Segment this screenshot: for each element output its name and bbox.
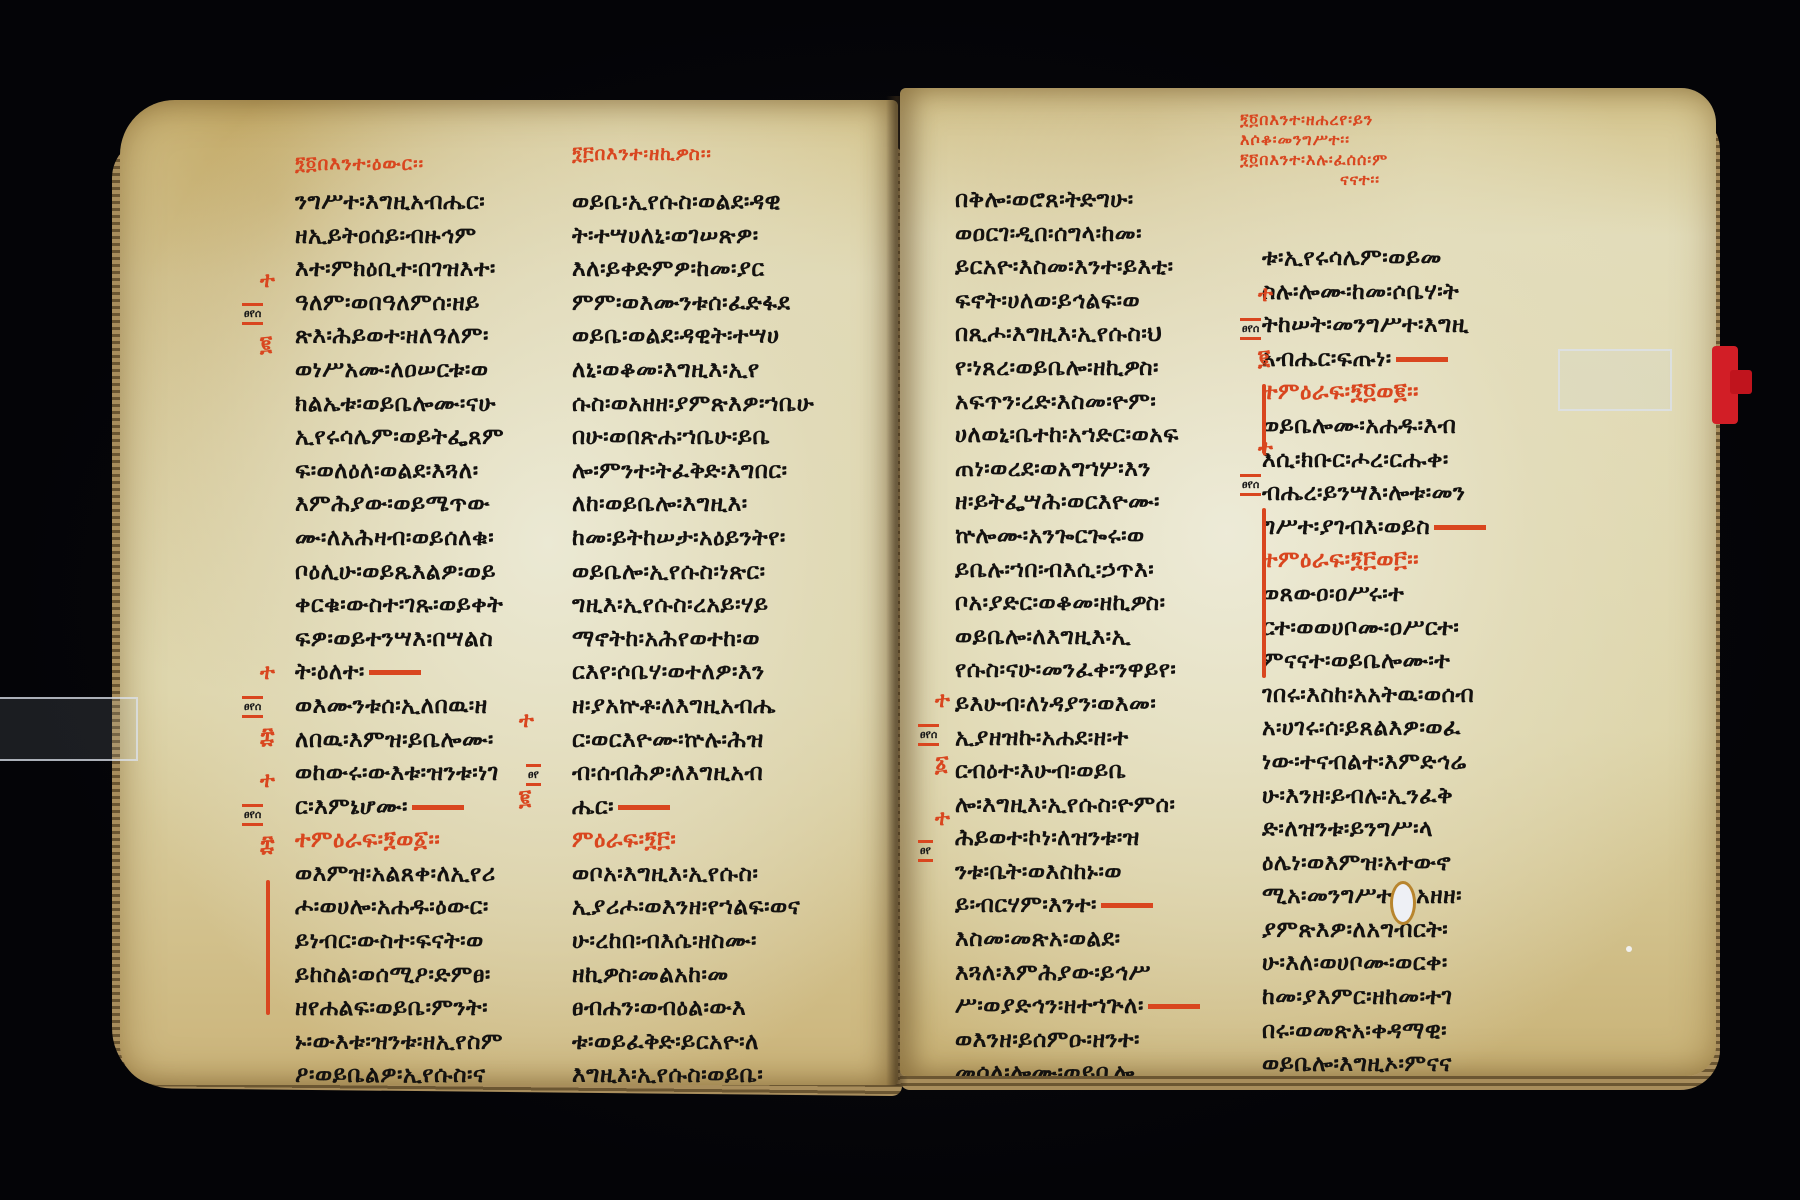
text-line: ፀብሐን፡ወብዕል፡ውእ xyxy=(572,992,872,1026)
text-line: ሁ፡እንዘ፡ይብሉ፡ኢንፈቅ xyxy=(1262,780,1562,814)
text-line: ለኒ፡ወቆመ፡እግዚእ፡ኢየ xyxy=(572,354,872,388)
text-line: ትከሠት፡መንግሥተ፡እግዚ xyxy=(1262,309,1562,343)
margin-cross-mark: ተ xyxy=(935,688,950,713)
text-line: እምሕያው፡ወይሜጥው xyxy=(295,488,565,522)
text-line: ርእየ፡ሶቤሃ፡ወተለዎ፡እን xyxy=(572,656,872,690)
margin-cross-mark: ተ xyxy=(260,660,275,685)
margin-reference-note: ፀየሰ xyxy=(242,804,263,826)
text-line: ዘ፡ያአኵቶ፡ለእግዚአብሔ xyxy=(572,690,872,724)
text-line: ር፡ወርእዮሙ፡ኵሉ፡ሕዝ xyxy=(572,724,872,758)
text-line: ሖ፡ወሀሎ፡አሐዱ፡ዕውር፡ xyxy=(295,891,565,925)
text-line: ሙ፡ለአሕዛብ፡ወይሰለቁ፡ xyxy=(295,522,565,556)
text-line: ርተ፡ወወሀቦሙ፡ዐሥርተ፡ xyxy=(1262,612,1562,646)
text-line: ቦዕሊሁ፡ወይጼእልዎ፡ወይ xyxy=(295,556,565,590)
rubric-divider xyxy=(1148,1004,1200,1009)
margin-reference-note: ፀየ xyxy=(526,764,541,786)
text-line: ጠነ፡ወረደ፡ወአግኀሦ፡እን xyxy=(955,453,1255,487)
text-line: ወይቤሎ፡ለእግዚእ፡ኢ xyxy=(955,621,1255,655)
text-line: ወይቤ፡ወልደ፡ዳዊት፡ተሣሀ xyxy=(572,320,872,354)
left-page-column-1: ፺፬በእንተ፡ዕውር፡፡ ንግሥተ፡እግዚአብሔር፡ ዘኢይትዐሰይ፡ብዙኅም … xyxy=(295,152,565,1085)
text-line: ወዐርገ፡ዲበ፡ሰግላ፡ከመ፡ xyxy=(955,218,1255,252)
text-line: ዓለም፡ወበዓለምሰ፡ዘይ xyxy=(295,287,565,321)
text-line: ወእንዘ፡ይሰምዑ፡ዘንተ፡ xyxy=(955,1024,1255,1058)
text-line: ቦአ፡ያድር፡ወቆመ፡ዘኪዎስ፡ xyxy=(955,587,1255,621)
right-page-column-2: ቱ፡ኢየሩሳሌም፡ወይመ ስሉ፡ሎሙ፡ከመ፡ሶቤሃ፡ት ትከሠት፡መንግሥተ፡እ… xyxy=(1262,184,1562,1076)
text-line: ይእሁብ፡ለነዳያን፡ወእመ፡ xyxy=(955,688,1255,722)
text-line: ሁ፡እለ፡ወሀቦሙ፡ወርቀ፡ xyxy=(1262,947,1562,981)
text-line: ይነብር፡ውስተ፡ፍናት፡ወ xyxy=(295,925,565,959)
text-line: ት፡ተሣሀለኒ፡ወገሠጽዎ፡ xyxy=(572,220,872,254)
text-line: ዘ፡ይትፌሣሕ፡ወርእዮሙ፡ xyxy=(955,486,1255,520)
text-line: እጓለ፡እምሕያው፡ይኅሥ xyxy=(955,957,1255,991)
text-line: ሎ፡ምንተ፡ትፈቅድ፡እግበር፡ xyxy=(572,455,872,489)
text-line: ኵሎሙ፡አንጐርጐሩ፡ወ xyxy=(955,520,1255,554)
text-line: ወይቤሎ፡እግዚኦ፡ምናና xyxy=(1262,1048,1562,1076)
text-line: ይ፡ብርሃም፡እንተ፡ xyxy=(955,889,1255,923)
margin-reference-note: ፀየሰ xyxy=(1240,474,1261,496)
text-line: ለከ፡ወይቤሎ፡እግዚእ፡ xyxy=(572,488,872,522)
chapter-rubric: ተምዕራፍ፡፺፬ወ፪፡፡ xyxy=(1262,376,1562,410)
rubric-divider xyxy=(369,670,421,675)
text-line: ፍዎ፡ወይተንሣእ፡በሣልስ xyxy=(295,623,565,657)
text-line: ሕይወተ፡ኮነ፡ለዝንቱ፡ዝ xyxy=(955,822,1255,856)
left-page-column-2: ፺፫በእንተ፡ዘኪዎስ፡፡ ወይቤ፡ኢየሱስ፡ወልደ፡ዳዊ ት፡ተሣሀለኒ፡ወገ… xyxy=(572,142,872,1085)
text-line: ግዚእ፡ኢየሱስ፡ረአይ፡ሃይ xyxy=(572,589,872,623)
text-line: ቱ፡ወይፈቅድ፡ይርአዮ፡ለ xyxy=(572,1026,872,1060)
margin-cross-mark: ተ xyxy=(1258,282,1273,307)
text-line: ወቦአ፡እግዚእ፡ኢየሱስ፡ xyxy=(572,858,872,892)
top-note-line: እሶቆ፡መንግሥተ፡፡ xyxy=(1240,130,1450,150)
text-line: ንግሥተ፡እግዚአብሔር፡ xyxy=(295,186,565,220)
text-line: ሥ፡ወያድኅን፡ዘተኀጕለ፡ xyxy=(955,990,1255,1024)
text-line: ይቤሉ፡ኀበ፡ብእሲ፡ኃጥእ፡ xyxy=(955,554,1255,588)
rubric-divider xyxy=(618,805,670,810)
text-line: ዖ፡ወይቤልዎ፡ኢየሱስ፡ና xyxy=(295,1059,565,1085)
top-note-line: ፺፬በእንተ፡ዘሐረየ፡ይን xyxy=(1240,110,1450,130)
text-line: አብሔር፡ፍጡነ፡ xyxy=(1262,343,1562,377)
text-line: ስሉ፡ሎሙ፡ከመ፡ሶቤሃ፡ት xyxy=(1262,276,1562,310)
margin-cross-mark: ተ xyxy=(935,806,950,831)
rubric-divider xyxy=(1101,903,1153,908)
text-line: እለ፡ይቀድምዎ፡ከመ፡ያር xyxy=(572,253,872,287)
text-line: በሩ፡ወመጽአ፡ቀዳማዊ፡ xyxy=(1262,1015,1562,1049)
margin-number-mark: ፩ xyxy=(935,752,949,777)
text-line: የ፡ነጸረ፡ወይቤሎ፡ዘኪዎስ፡ xyxy=(955,352,1255,386)
text-line: ያምጽእዎ፡ለአግብርት፡ xyxy=(1262,914,1562,948)
text-line: ርብዕተ፡እሁብ፡ወይቤ xyxy=(955,755,1255,789)
text-line: ንቱ፡ቤት፡ወእስከኑ፡ወ xyxy=(955,856,1255,890)
text-line: ድ፡ለዝንቱ፡ይንግሥ፡ላ xyxy=(1262,813,1562,847)
text-line: ሁ፡ረከበ፡ብእሴ፡ዘስሙ፡ xyxy=(572,925,872,959)
text-line: ብሔረ፡ይንሣእ፡ሎቱ፡መን xyxy=(1262,477,1562,511)
text-line: ት፡ዕለተ፡ xyxy=(295,656,565,690)
right-page-column-1: በቅሎ፡ወሮጸ፡ትድግሁ፡ ወዐርገ፡ዲበ፡ሰግላ፡ከመ፡ ይርአዮ፡እስመ፡እ… xyxy=(955,184,1255,1076)
text-line: ሎ፡እግዚእ፡ኢየሱስ፡ዮምሰ፡ xyxy=(955,789,1255,823)
text-line: አ፡ሀገሩ፡ሰ፡ይጸልእዎ፡ወፈ xyxy=(1262,712,1562,746)
text-line: ፍ፡ወለዕለ፡ወልደ፡እጓለ፡ xyxy=(295,455,565,489)
text-line: ከመ፡ያእምር፡ዘከመ፡ተገ xyxy=(1262,981,1562,1015)
text-line: ይርአዮ፡እስመ፡እንተ፡ይእቲ፡ xyxy=(955,251,1255,285)
rubric-divider xyxy=(1434,525,1486,530)
text-line: ግሥተ፡ያገብእ፡ወይስ xyxy=(1262,511,1562,545)
parchment-hole xyxy=(1393,884,1413,922)
text-line: በጺሖ፡እግዚእ፡ኢየሱስ፡ህ xyxy=(955,318,1255,352)
text-line: ኑ፡ውእቱ፡ዝንቱ፡ዘኢየስም xyxy=(295,1026,565,1060)
text-line: እሲ፡ክቡር፡ሖረ፡ርሑቀ፡ xyxy=(1262,444,1562,478)
text-line: ወእምዝ፡አልጸቀ፡ለኢየሪ xyxy=(295,858,565,892)
text-line: ከመ፡ይትከሠታ፡አዕይንትየ፡ xyxy=(572,522,872,556)
text-line: ቱ፡ኢየሩሳሌም፡ወይመ xyxy=(1262,242,1562,276)
text-line: ሱስ፡ወአዘዘ፡ያምጽእዎ፡ኀቤሁ xyxy=(572,388,872,422)
text-line: ቀርቁ፡ውስተ፡ገጹ፡ወይቀት xyxy=(295,589,565,623)
text-line: እስመ፡መጽአ፡ወልደ፡ xyxy=(955,923,1255,957)
column-heading: ፺፬በእንተ፡ዕውር፡፡ xyxy=(295,152,565,176)
text-line: ዘኪዎስ፡መልአከ፡መ xyxy=(572,959,872,993)
text-line: ምናናተ፡ወይቤሎሙ፡ተ xyxy=(1262,645,1562,679)
parchment-pinhole xyxy=(1626,946,1632,952)
text-line: ገበሩ፡እስከ፡አአትዉ፡ወሰብ xyxy=(1262,679,1562,713)
margin-reference-note: ፀየሰ xyxy=(242,696,263,718)
text-line: አፍጥን፡ረድ፡እስመ፡ዮም፡ xyxy=(955,386,1255,420)
margin-number-mark: ፰ xyxy=(260,724,274,749)
text-line: ፍኖት፡ሀለወ፡ይኅልፍ፡ወ xyxy=(955,285,1255,319)
text-line: ክልኤቱ፡ወይቤሎሙ፡ናሁ xyxy=(295,388,565,422)
margin-ornament-stem xyxy=(266,880,270,1015)
margin-reference-note: ፀየሰ xyxy=(918,724,939,746)
red-clip xyxy=(1712,346,1738,424)
text-line: ምም፡ወእሙንቱሰ፡ፈድፋደ xyxy=(572,287,872,321)
text-line: ወይቤ፡ኢየሱስ፡ወልደ፡ዳዊ xyxy=(572,186,872,220)
text-line: እተ፡ምክዕቢተ፡በገዝእተ፡ xyxy=(295,253,565,287)
text-line: ኢያዘዝኩ፡አሐደ፡ዘ፡ተ xyxy=(955,722,1255,756)
text-line: ዘየሐልፍ፡ወይቤ፡ምንት፡ xyxy=(295,992,565,1026)
chapter-rubric: ተምዕራፍ፡፺፫ወ፫፡፡ xyxy=(1262,544,1562,578)
text-line: ብ፡ሰብሕዎ፡ለእግዚአብ xyxy=(572,757,872,791)
text-line: ይከስል፡ወሰሚዖ፡ድምፀ፡ xyxy=(295,959,565,993)
margin-cross-mark: ተ xyxy=(260,268,275,293)
margin-number-mark: ፰ xyxy=(260,832,274,857)
text-line: ኢያሪሖ፡ወእንዘ፡የኀልፍ፡ወና xyxy=(572,891,872,925)
text-line: በቅሎ፡ወሮጸ፡ትድግሁ፡ xyxy=(955,184,1255,218)
rubric-divider xyxy=(412,805,464,810)
right-page-top-note: ፺፬በእንተ፡ዘሐረየ፡ይን እሶቆ፡መንግሥተ፡፡ ፺፬በእንተ፡እሉ፡ፈሰሰ… xyxy=(1240,110,1450,190)
text-line: ዕሌነ፡ወእምዝ፡አተውኖ xyxy=(1262,847,1562,881)
text-line: ማኖትከ፡አሕየወተከ፡ወ xyxy=(572,623,872,657)
text-line: ወይቤሎሙ፡አሐዱ፡እብ xyxy=(1262,410,1562,444)
text-line: ወይቤሎ፡ኢየሱስ፡ነጽር፡ xyxy=(572,556,872,590)
margin-number-mark: ፪ xyxy=(1258,346,1270,371)
text-line: ኢየሩሳሌም፡ወይትፌጸም xyxy=(295,421,565,455)
margin-reference-note: ፀየሰ xyxy=(1240,318,1261,340)
margin-number-mark: ፪ xyxy=(519,786,531,811)
text-line: ነው፡ተናብልተ፡እምድኅሬ xyxy=(1262,746,1562,780)
rubric-divider xyxy=(1396,357,1448,362)
text-line: መሰለ፡ሎሙ፡ወይቤሎ xyxy=(955,1057,1255,1076)
text-line: እግዚእ፡ኢየሱስ፡ወይቤ፡ xyxy=(572,1059,872,1085)
column-heading: ፺፫በእንተ፡ዘኪዎስ፡፡ xyxy=(572,142,872,166)
top-note-line: ፺፬በእንተ፡እሉ፡ፈሰሰ፡ም xyxy=(1240,150,1450,170)
margin-ornament-stem xyxy=(1262,508,1266,678)
chapter-rubric: ተምዕራፍ፡፺ወ፩፡፡ xyxy=(295,824,565,858)
text-line: ወጸውዐ፡ዐሥሩ፡ተ xyxy=(1262,578,1562,612)
right-page-marker-clip xyxy=(1558,349,1672,411)
margin-number-mark: ፪ xyxy=(260,332,272,357)
right-page: ፺፬በእንተ፡ዘሐረየ፡ይን እሶቆ፡መንግሥተ፡፡ ፺፬በእንተ፡እሉ፡ፈሰሰ… xyxy=(900,88,1716,1076)
left-page-marker-clip xyxy=(0,697,138,761)
margin-cross-mark: ተ xyxy=(1258,436,1273,461)
text-line: ዘኢይትዐሰይ፡ብዙኅም xyxy=(295,220,565,254)
margin-reference-note: ፀየ xyxy=(918,840,933,862)
text-line: በሁ፡ወበጽሐ፡ኀቤሁ፡ይቤ xyxy=(572,421,872,455)
text-line: የሱስ፡ናሁ፡መንፈቀ፡ንዋይየ፡ xyxy=(955,654,1255,688)
text-line: ጽእ፡ሕይወተ፡ዘለዓለም፡ xyxy=(295,320,565,354)
margin-cross-mark: ተ xyxy=(519,708,534,733)
text-line: ወነሥአሙ፡ለዐሠርቱ፡ወ xyxy=(295,354,565,388)
chapter-rubric: ምዕራፍ፡፺፫፡ xyxy=(572,824,872,858)
margin-reference-note: ፀየሰ xyxy=(242,303,263,325)
margin-cross-mark: ተ xyxy=(260,768,275,793)
left-page: ፺፬በእንተ፡ዕውር፡፡ ንግሥተ፡እግዚአብሔር፡ ዘኢይትዐሰይ፡ብዙኅም … xyxy=(120,100,898,1085)
text-line: ሔር፡ xyxy=(572,791,872,825)
text-line: ሀለወኒ፡ቤተከ፡አኀድር፡ወአፍ xyxy=(955,419,1255,453)
